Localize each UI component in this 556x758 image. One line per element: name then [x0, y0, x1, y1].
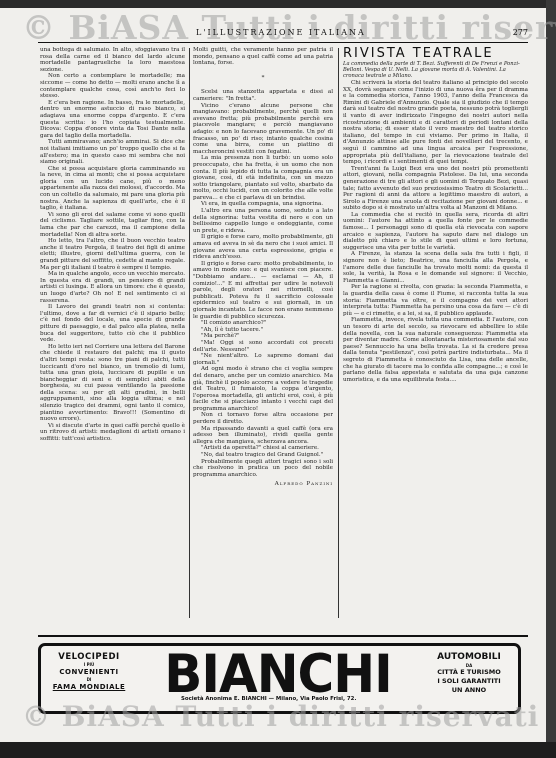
paragraph: Trent'anni fa Luigi Bezi era uno dei nos… [343, 166, 528, 212]
paragraph: Non ci tornavo forse altra occasione per… [193, 412, 333, 425]
paragraph: "Ma! Oggi si sono accordati coi preceti … [193, 340, 333, 353]
paragraph: Ad ogni modo è strano che ci voglia semp… [193, 366, 333, 412]
ad-velocipedi-block: VELOCIPEDI I PIÙ CONVENIENTI DI FAMA MON… [47, 652, 131, 692]
paragraph: "Artisti da operetta?" chiesi al camerie… [193, 445, 333, 452]
paragraph: Il grigio e forse caro: motto probabilme… [193, 261, 333, 320]
footer-rule [38, 635, 528, 637]
section-subheading: La commedia della parte di T. Bezi. Suff… [343, 61, 528, 80]
paragraph: Chi scriverà la storia del teatro italia… [343, 80, 528, 166]
paragraph: Che si possa acquistare gloria camminand… [40, 166, 185, 212]
paragraph: "Il comizio anarchico?" [193, 320, 333, 327]
paragraph: Vicino c'erano alcune persone che mangia… [193, 103, 333, 156]
article-column-1: una bottega di salumaio. In alto, sfoggi… [40, 47, 185, 617]
ad-text: VELOCIPEDI [47, 652, 131, 662]
paragraph: Molti guitti, che veramente hanno per pa… [193, 47, 333, 67]
paragraph: Fiammetta, invece, rivela tutta una comm… [343, 317, 528, 383]
paragraph: Ma ripassando davanti a quel caffè (ora … [193, 426, 333, 446]
header-rule [38, 42, 528, 43]
paragraph: Il grigio e forse caro, molto probabilme… [193, 234, 333, 260]
scan-edge [0, 742, 556, 758]
ad-text: FAMA MONDIALE [47, 682, 131, 692]
column-divider [338, 48, 339, 618]
paragraph: "Ne nient'altro. Lo sapremo domani dai g… [193, 353, 333, 366]
section-separator: * [193, 75, 333, 82]
paragraph: L'altro era una persona uomo, seduto a l… [193, 208, 333, 234]
page-header: L'ILLUSTRAZIONE ITALIANA 277 [36, 28, 528, 40]
ad-text: UN ANNO [426, 686, 512, 695]
article-column-2: Molti guitti, che veramente hanno per pa… [193, 47, 333, 617]
paragraph: E c'era ben ragione. In basso, fra le mo… [40, 100, 185, 140]
ad-text: I SOLI GARANTITI [426, 677, 512, 686]
paragraph: Ma in qualche angolo, ecco un vecchio me… [40, 271, 185, 304]
ad-text: CONVENIENTI [47, 667, 131, 677]
paragraph: A Firenze, la stanza la scena della sala… [343, 251, 528, 284]
paragraph: Ho letto, tra l'altro, che il buon vecch… [40, 238, 185, 271]
paragraph: Vi sono gli eroi del salame come vi sono… [40, 212, 185, 238]
paragraph: Vi era, in quella compagnia, una signori… [193, 201, 333, 208]
magazine-title: L'ILLUSTRAZIONE ITALIANA [196, 28, 366, 37]
section-heading: RIVISTA TEATRALE [343, 46, 494, 61]
paragraph: Ho letto ieri nel Corriere una lettera d… [40, 344, 185, 423]
ad-brand-name: BIANCHI [135, 645, 421, 704]
paragraph: Probabilmente quegli attori tragici sono… [193, 459, 333, 479]
author-signature: Alfredo Panzini [193, 481, 333, 488]
column-divider [189, 48, 190, 618]
watermark-bottom: © BiASA Tutti i diritti riservati [22, 700, 539, 733]
paragraph: Scelsi una stanzetta appartata e dissi a… [193, 89, 333, 102]
paragraph: Non certo a contemplare le mortadelle; m… [40, 73, 185, 99]
page-number: 277 [513, 28, 528, 37]
paragraph: Vi si discute d'arte in quei caffè perch… [40, 423, 185, 443]
ad-automobili-block: AUTOMOBILI DA CITTÀ E TURISMO I SOLI GAR… [426, 652, 512, 695]
paragraph: "Ma perchè?" [193, 333, 333, 340]
paragraph: Il Lavoro dei grandi teatri non si conte… [40, 304, 185, 344]
paragraph: Tutti ammiravano; anch'io ammirai. Si di… [40, 139, 185, 165]
paragraph: La mia presenza non li turbò: un uomo so… [193, 155, 333, 201]
paragraph: una bottega di salumaio. In alto, sfoggi… [40, 47, 185, 73]
paragraph: "No, dal teatro tragico del Grand Guigno… [193, 452, 333, 459]
article-column-3: Chi scriverà la storia del teatro italia… [343, 80, 528, 620]
ad-text: CITTÀ E TURISMO [426, 668, 512, 677]
paragraph: Per la ragione si rivolta, con grazia: l… [343, 284, 528, 317]
paragraph: La commedia che si recitò in quella sera… [343, 212, 528, 252]
scan-edge [546, 0, 556, 758]
ad-text: AUTOMOBILI [426, 652, 512, 663]
